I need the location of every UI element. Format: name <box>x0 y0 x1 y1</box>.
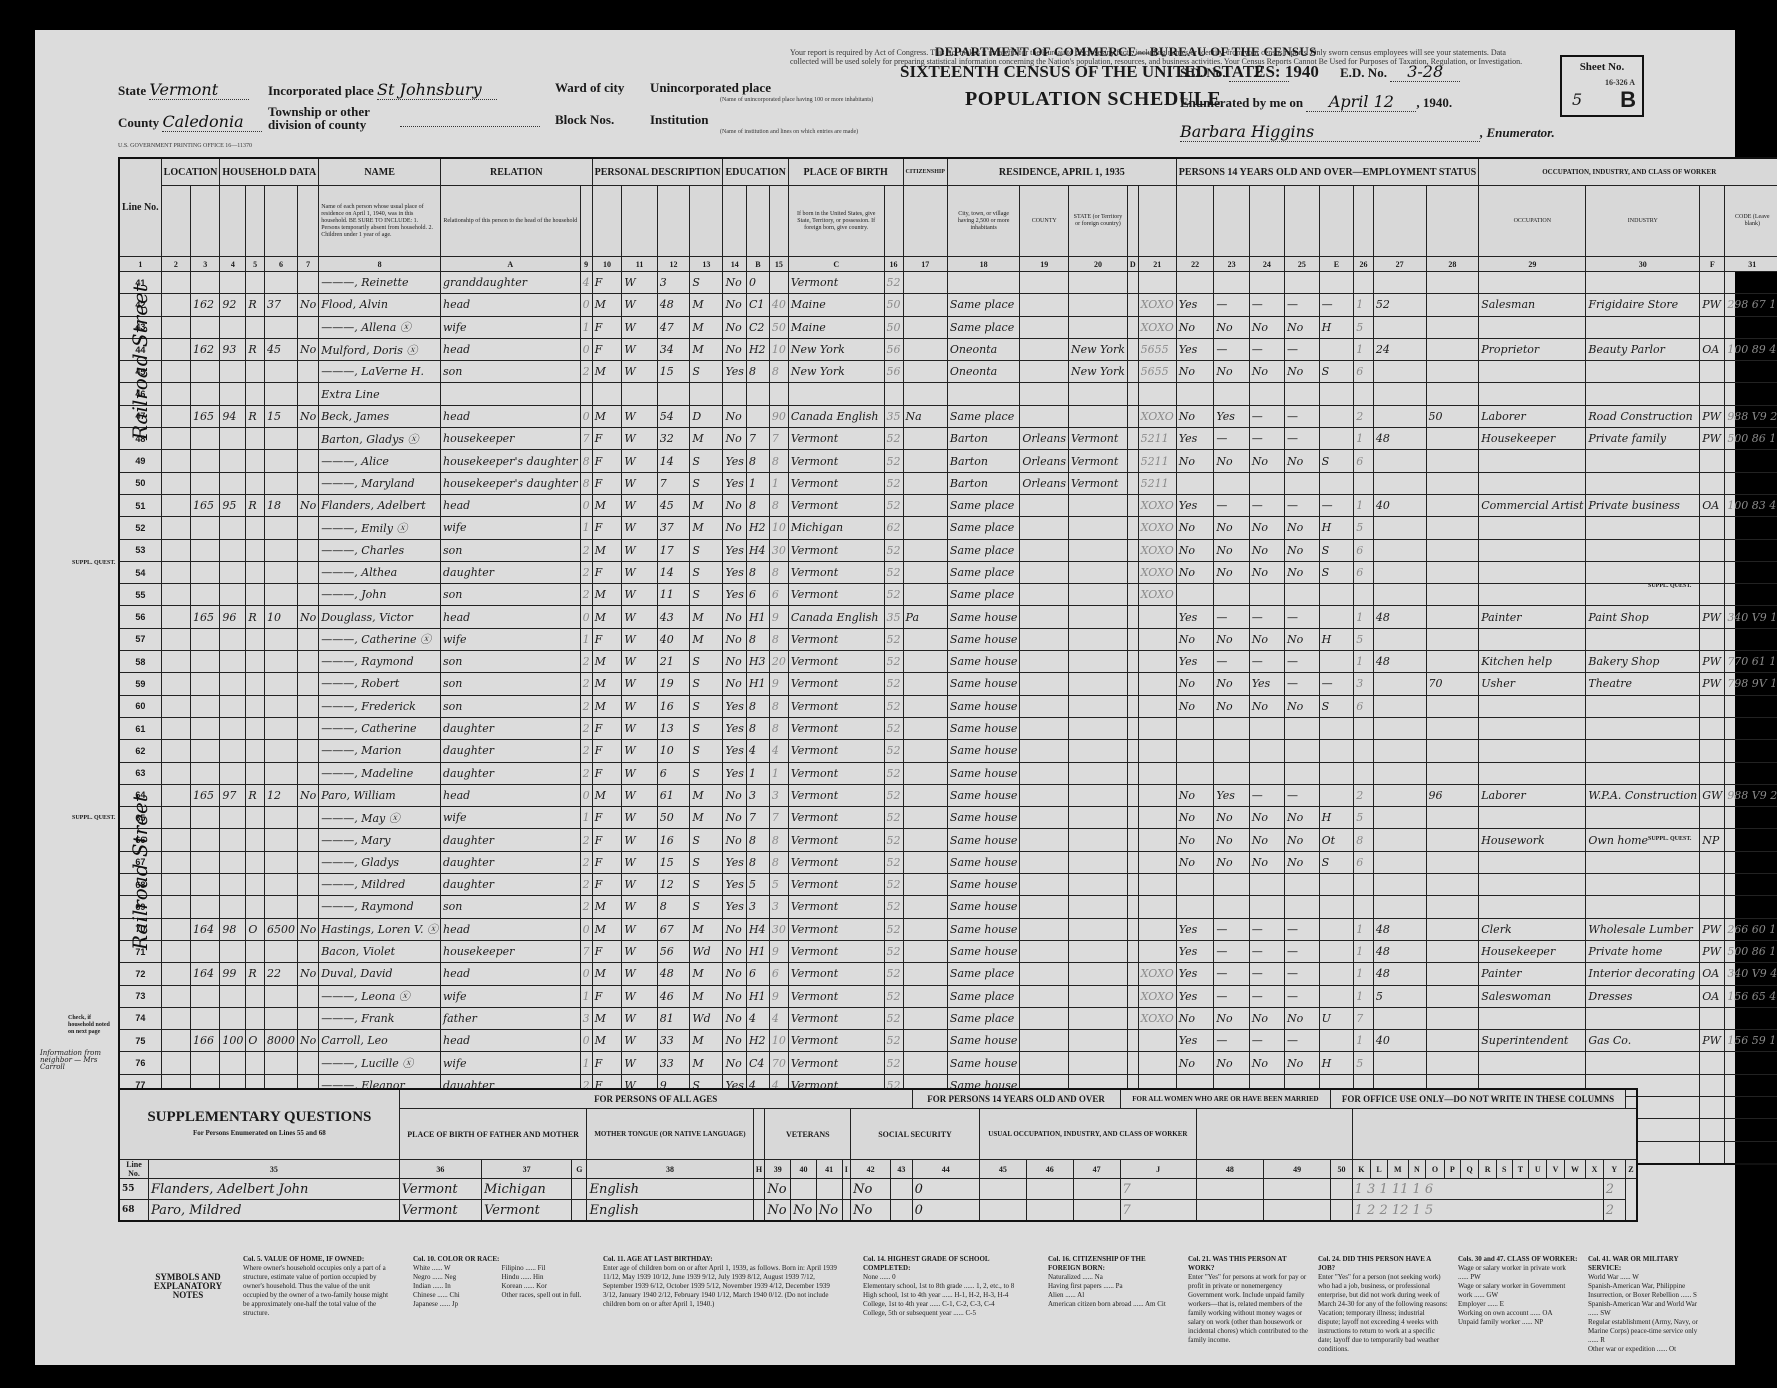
cell-sex: F <box>592 272 622 294</box>
cell-farm: No <box>297 494 318 516</box>
cell-c24: No <box>1285 539 1320 561</box>
cell-c25 <box>1319 338 1354 360</box>
cell-house <box>191 450 220 472</box>
cell-sex: M <box>592 361 622 383</box>
cell-c22: — <box>1214 606 1249 628</box>
table-row: 54———, Altheadaughter2FW14SYes88Vermont5… <box>119 561 1777 583</box>
cell-name: ———, May ⓧ <box>319 807 441 829</box>
cell-c25 <box>1319 784 1354 806</box>
cell-age: 32 <box>657 428 690 450</box>
cell-name: Mulford, Doris ⓧ <box>319 338 441 360</box>
cell-school: Yes <box>723 695 746 717</box>
cell-age: 14 <box>657 561 690 583</box>
cell-tenure <box>246 807 265 829</box>
cell-sex: F <box>592 740 622 762</box>
cell-tenure <box>246 695 265 717</box>
cell-farm <box>297 807 318 829</box>
cell-a: 2 <box>580 740 592 762</box>
res-county-desc: COUNTY <box>1020 186 1069 257</box>
cell-farm35 <box>1127 405 1138 427</box>
cell-hours <box>1373 762 1426 784</box>
cell-class: PW <box>1700 606 1725 628</box>
cell-occupation: Painter <box>1479 963 1586 985</box>
table-row: 7016498O6500NoHastings, Loren V. ⓧhead0M… <box>119 918 1777 940</box>
note-col14-title: Col. 14. HIGHEST GRADE OF SCHOOL COMPLET… <box>863 1255 1038 1273</box>
cell-f <box>1725 450 1777 472</box>
column-number: 5 <box>246 257 265 272</box>
township-blank <box>400 126 540 127</box>
cell-house <box>191 1007 220 1029</box>
cell-c24: — <box>1285 985 1320 1007</box>
cell-farm <box>297 450 318 472</box>
cell-res-county <box>1020 1007 1069 1029</box>
cell-sex: F <box>592 628 622 650</box>
cell-school: No <box>723 963 746 985</box>
cell-sex: F <box>592 717 622 739</box>
cell-res-city: Same house <box>947 673 1019 695</box>
column-number-row: 12345678A91011121314B15C1617181920D21222… <box>119 257 1777 272</box>
cell-c21 <box>1176 717 1214 739</box>
cell-c23: — <box>1249 494 1284 516</box>
cell-a: 1 <box>580 985 592 1007</box>
cell-f <box>1725 361 1777 383</box>
cell-hh <box>220 361 246 383</box>
supp-column-number: 47 <box>1073 1160 1120 1179</box>
cell-marital: S <box>690 673 723 695</box>
table-row: 62———, Mariondaughter2FW10SYes44Vermont5… <box>119 740 1777 762</box>
cell-class <box>1700 896 1725 918</box>
note-list-item: White ...... W <box>413 1264 495 1273</box>
cell-b: 90 <box>769 405 788 427</box>
cell-marital: S <box>690 561 723 583</box>
cell-tenure: R <box>246 963 265 985</box>
cell-c21: Yes <box>1176 428 1214 450</box>
cell-sex: M <box>592 584 622 606</box>
table-row: 45———, LaVerne H.son2MW15SYes88New York5… <box>119 361 1777 383</box>
cell-cit <box>903 472 947 494</box>
cell-farm35 <box>1127 896 1138 918</box>
supp-over-14: FOR PERSONS 14 YEARS OLD AND OVER <box>912 1089 1120 1109</box>
cell-relation: head <box>441 294 581 316</box>
supp-column-number: M <box>1388 1160 1409 1179</box>
cell-house <box>191 740 220 762</box>
cell-farm <box>297 628 318 650</box>
column-number: 26 <box>1354 257 1374 272</box>
cell-birthplace: New York <box>788 361 884 383</box>
table-row: 67———, Gladysdaughter2FW15SYes88Vermont5… <box>119 851 1777 873</box>
cell-industry <box>1586 762 1700 784</box>
supp-all-ages: FOR PERSONS OF ALL AGES <box>399 1089 912 1109</box>
cell-race: W <box>622 784 657 806</box>
cell-tenure: O <box>246 1030 265 1052</box>
supp-column-number: N <box>1408 1160 1426 1179</box>
cell-house <box>191 985 220 1007</box>
cell-farm35 <box>1127 294 1138 316</box>
cell-res-city: Same place <box>947 584 1019 606</box>
cell-occupation: Usher <box>1479 673 1586 695</box>
supp-social-security: SOCIAL SECURITY <box>851 1109 980 1160</box>
cell-c22: — <box>1214 963 1249 985</box>
cell-farm35 <box>1127 918 1138 940</box>
cell-d <box>1138 695 1176 717</box>
cell-age: 6 <box>657 762 690 784</box>
cell-farm <box>297 896 318 918</box>
cell-c23: No <box>1249 807 1284 829</box>
cell-res-state <box>1068 494 1127 516</box>
column-number: 18 <box>947 257 1019 272</box>
cell-c23 <box>1249 584 1284 606</box>
cell-c25 <box>1319 1030 1354 1052</box>
supp-column-number: W <box>1564 1160 1585 1179</box>
cell-weeks-unemp <box>1426 606 1479 628</box>
supp-cell-v40 <box>791 1179 817 1200</box>
cell-street <box>161 762 190 784</box>
cell-c: 52 <box>884 695 903 717</box>
cell-a: 2 <box>580 717 592 739</box>
note-list-item: College, 1st to 4th year ...... C-1, C-2… <box>863 1300 1038 1309</box>
cell-hours <box>1373 829 1426 851</box>
supp-column-number: I <box>842 1160 851 1179</box>
cell-b: 70 <box>769 1052 788 1074</box>
column-number: 28 <box>1426 257 1479 272</box>
cell-f <box>1725 539 1777 561</box>
cell-house <box>191 383 220 405</box>
cell-street <box>161 963 190 985</box>
cell-farm <box>297 673 318 695</box>
cell-d <box>1138 651 1176 673</box>
cell-d: XOXO <box>1138 405 1176 427</box>
cell-cit <box>903 940 947 962</box>
cell-c23: No <box>1249 316 1284 338</box>
cell-birthplace: Vermont <box>788 717 884 739</box>
cell-c23: No <box>1249 361 1284 383</box>
cell-marital: S <box>690 829 723 851</box>
cell-res-state <box>1068 740 1127 762</box>
cell-house: 162 <box>191 338 220 360</box>
cell-weeks-unemp <box>1426 494 1479 516</box>
cell-name: ———, Lucille ⓧ <box>319 1052 441 1074</box>
cell-school: No <box>723 405 746 427</box>
cell-c25: — <box>1319 673 1354 695</box>
cell-grade: 7 <box>746 428 769 450</box>
cell-age: 15 <box>657 361 690 383</box>
cell-c22 <box>1214 896 1249 918</box>
cell-industry <box>1586 450 1700 472</box>
cell-farm35 <box>1127 1030 1138 1052</box>
cell-marital: S <box>690 584 723 606</box>
cell-race: W <box>622 472 657 494</box>
cell-c24 <box>1285 740 1320 762</box>
cell-res-state <box>1068 539 1127 561</box>
cell-hh: 93 <box>220 338 246 360</box>
supp-line-number: 55 <box>119 1179 149 1200</box>
cell-house <box>191 717 220 739</box>
cell-occupation: Painter <box>1479 606 1586 628</box>
cell-c25: U <box>1319 1007 1354 1029</box>
cell-c22: No <box>1214 829 1249 851</box>
supp-column-number: U <box>1529 1160 1547 1179</box>
cell-b: 6 <box>769 584 788 606</box>
cell-grade: 1 <box>746 472 769 494</box>
column-number: 14 <box>723 257 746 272</box>
cell-birthplace: Vermont <box>788 740 884 762</box>
supp-cell-w48 <box>1196 1179 1263 1200</box>
cell-hours <box>1373 717 1426 739</box>
cell-tenure <box>246 740 265 762</box>
cell-res-county <box>1020 338 1069 360</box>
ed-label: E.D. No. <box>1340 65 1387 80</box>
cell-age: 8 <box>657 896 690 918</box>
cell-tenure <box>246 584 265 606</box>
cell-age: 81 <box>657 1007 690 1029</box>
county-label: County <box>118 115 159 130</box>
cell-farm35 <box>1127 494 1138 516</box>
population-schedule-table: Line No. LOCATION HOUSEHOLD DATA NAME RE… <box>118 157 1777 1165</box>
cell-house: 164 <box>191 918 220 940</box>
note-col11-title: Col. 11. AGE AT LAST BIRTHDAY: <box>603 1255 843 1264</box>
cell-c22: No <box>1214 695 1249 717</box>
class-desc <box>1700 186 1725 257</box>
cell-marital: S <box>690 851 723 873</box>
column-number: 29 <box>1479 257 1586 272</box>
supp-cell-office: 1 3 1 11 1 6 <box>1352 1179 1603 1200</box>
cell-weeks-unemp <box>1426 896 1479 918</box>
cell-value <box>264 561 297 583</box>
table-row: 6416597R12NoParo, Williamhead0MW61MNo33V… <box>119 784 1777 806</box>
cell-hours: 48 <box>1373 651 1426 673</box>
cell-street <box>161 494 190 516</box>
cell-c: 56 <box>884 361 903 383</box>
note-list-item: Regular establishment (Army, Navy, or Ma… <box>1588 1318 1708 1345</box>
cell-res-county <box>1020 829 1069 851</box>
cell-d: 5211 <box>1138 450 1176 472</box>
industry-desc: INDUSTRY <box>1586 186 1700 257</box>
cell-c23: No <box>1249 628 1284 650</box>
cell-f: 156 59 1 <box>1725 1030 1777 1052</box>
birthplace-desc: If born in the United States, give State… <box>788 186 884 257</box>
note-list-item: Wage or salary worker in private work ..… <box>1458 1264 1578 1282</box>
cell-b: 7 <box>769 428 788 450</box>
cell-street <box>161 606 190 628</box>
cell-birthplace: Canada English <box>788 606 884 628</box>
cell-age: 46 <box>657 985 690 1007</box>
cell-res-county <box>1020 1030 1069 1052</box>
cell-c22: No <box>1214 361 1249 383</box>
line-no-header: Line No. <box>119 158 161 257</box>
cell-age <box>657 383 690 405</box>
cell-class <box>1700 740 1725 762</box>
column-number: 1 <box>119 257 161 272</box>
cell-e: 6 <box>1354 361 1374 383</box>
farm35-desc <box>1127 186 1138 257</box>
cell-c: 52 <box>884 628 903 650</box>
supp-cell-v41: No <box>816 1200 842 1222</box>
cell-grade: 8 <box>746 829 769 851</box>
cell-hh <box>220 628 246 650</box>
table-row: 46Extra Line <box>119 383 1777 405</box>
cell-hours <box>1373 539 1426 561</box>
cell-a: 1 <box>580 807 592 829</box>
cell-c22: Yes <box>1214 784 1249 806</box>
location-group: LOCATION <box>161 158 220 186</box>
cell-res-county <box>1020 361 1069 383</box>
column-number: 12 <box>657 257 690 272</box>
cell-race: W <box>622 896 657 918</box>
cell-c21: Yes <box>1176 494 1214 516</box>
cell-farm35 <box>1127 338 1138 360</box>
cell-hours <box>1373 874 1426 896</box>
cell-a: 2 <box>580 584 592 606</box>
ed-value: 3-28 <box>1390 62 1460 82</box>
cell-grade: 6 <box>746 963 769 985</box>
cell-res-county <box>1020 316 1069 338</box>
cell-occupation <box>1479 851 1586 873</box>
supp-cell-w49 <box>1264 1200 1331 1222</box>
table-row: 66———, Marydaughter2FW16SNo88Vermont52Sa… <box>119 829 1777 851</box>
cell-name: ———, Frederick <box>319 695 441 717</box>
table-row: 73———, Leona ⓧwife1FW46MNoH19Vermont52Sa… <box>119 985 1777 1007</box>
cell-relation: daughter <box>441 874 581 896</box>
cell-farm <box>297 851 318 873</box>
cell-c21: No <box>1176 517 1214 539</box>
cell-occupation <box>1479 807 1586 829</box>
cell-f: 988 V9 2 <box>1725 405 1777 427</box>
cell-cit <box>903 584 947 606</box>
cell-c24: No <box>1285 851 1320 873</box>
cell-tenure <box>246 383 265 405</box>
supp-cell-v40: No <box>791 1200 817 1222</box>
supp-column-number: Y <box>1603 1160 1625 1179</box>
cell-sex: F <box>592 450 622 472</box>
cell-occupation <box>1479 383 1586 405</box>
cell-occupation <box>1479 517 1586 539</box>
col22-desc <box>1214 186 1249 257</box>
cell-weeks-unemp <box>1426 1052 1479 1074</box>
column-number: 9 <box>580 257 592 272</box>
cell-b: 8 <box>769 717 788 739</box>
cell-name: ———, John <box>319 584 441 606</box>
cell-e: 5 <box>1354 807 1374 829</box>
cell-age: 43 <box>657 606 690 628</box>
cell-tenure <box>246 472 265 494</box>
cell-value <box>264 807 297 829</box>
cell-res-county <box>1020 294 1069 316</box>
cell-class: OA <box>1700 338 1725 360</box>
cell-res-county <box>1020 628 1069 650</box>
cell-res-county <box>1020 695 1069 717</box>
cell-c25 <box>1319 963 1354 985</box>
cell-f <box>1725 383 1777 405</box>
supp-cell-office: 1 2 2 12 1 5 <box>1352 1200 1603 1222</box>
cell-race: W <box>622 874 657 896</box>
cell-occupation: Clerk <box>1479 918 1586 940</box>
table-row: 52———, Emily ⓧwife1FW37MNoH210Michigan62… <box>119 517 1777 539</box>
enumerated-date: April 12 <box>1306 92 1416 112</box>
cell-e: 5 <box>1354 316 1374 338</box>
cell-industry <box>1586 1007 1700 1029</box>
note-list-item: College, 5th or subsequent year ...... C… <box>863 1309 1038 1318</box>
cell-house <box>191 940 220 962</box>
note-col30-title: Cols. 30 and 47. CLASS OF WORKER: <box>1458 1255 1578 1264</box>
cell-name: ———, Reinette <box>319 272 441 294</box>
cell-res-city: Same place <box>947 1007 1019 1029</box>
cell-d <box>1138 851 1176 873</box>
note-list-item: Other war or expedition ...... Ot <box>1588 1345 1708 1354</box>
cell-value: 37 <box>264 294 297 316</box>
cell-d <box>1138 606 1176 628</box>
cell-school: Yes <box>723 740 746 762</box>
cell-class <box>1700 517 1725 539</box>
cell-cit <box>903 494 947 516</box>
supp-cell-cls <box>1073 1179 1120 1200</box>
cell-farm <box>297 561 318 583</box>
cell-class: PW <box>1700 673 1725 695</box>
cell-b <box>769 383 788 405</box>
cell-marital: S <box>690 695 723 717</box>
code-f-desc: CODE (Leave blank) <box>1725 186 1777 257</box>
supp-cell-x: 2 <box>1603 1200 1625 1222</box>
supp-birthplace-parents: PLACE OF BIRTH OF FATHER AND MOTHER <box>399 1109 587 1160</box>
cell-res-city: Same house <box>947 874 1019 896</box>
note-list-item: Other races, spell out in full. <box>502 1291 584 1300</box>
cell-e <box>1354 740 1374 762</box>
cell-name: ———, Raymond <box>319 651 441 673</box>
cell-c22: No <box>1214 316 1249 338</box>
cell-c: 52 <box>884 896 903 918</box>
cell-c22: — <box>1214 428 1249 450</box>
cell-b: 5 <box>769 874 788 896</box>
cell-hours: 5 <box>1373 985 1426 1007</box>
cell-value <box>264 361 297 383</box>
department-title: DEPARTMENT OF COMMERCE—BUREAU OF THE CEN… <box>935 44 1317 60</box>
cell-res-state <box>1068 606 1127 628</box>
cell-farm35 <box>1127 606 1138 628</box>
cell-street <box>161 918 190 940</box>
column-number: B <box>746 257 769 272</box>
cell-res-state <box>1068 940 1127 962</box>
cell-farm <box>297 584 318 606</box>
cell-c25 <box>1319 428 1354 450</box>
cell-farm35 <box>1127 539 1138 561</box>
code-a-desc <box>580 186 592 257</box>
cell-c: 52 <box>884 851 903 873</box>
supp-cell-w49 <box>1264 1179 1331 1200</box>
cell-e: 8 <box>1354 829 1374 851</box>
supp-cell-ind <box>1026 1179 1073 1200</box>
cell-farm <box>297 829 318 851</box>
household-group: HOUSEHOLD DATA <box>220 158 319 186</box>
column-number: 13 <box>690 257 723 272</box>
cell-c23: — <box>1249 784 1284 806</box>
cell-farm35 <box>1127 784 1138 806</box>
cell-class <box>1700 1141 1725 1164</box>
cell-weeks-unemp <box>1426 1007 1479 1029</box>
cell-name: Extra Line <box>319 383 441 405</box>
supp-cell-occ <box>979 1200 1026 1222</box>
cell-farm: No <box>297 405 318 427</box>
state-field: State Vermont <box>118 80 249 100</box>
note-list-item: Employer ...... E <box>1458 1300 1578 1309</box>
cell-house <box>191 428 220 450</box>
cell-res-state <box>1068 963 1127 985</box>
cell-d <box>1138 1052 1176 1074</box>
education-group: EDUCATION <box>723 158 788 186</box>
cell-street <box>161 940 190 962</box>
cell-weeks-unemp <box>1426 294 1479 316</box>
cell-hh <box>220 717 246 739</box>
cell-c25 <box>1319 651 1354 673</box>
enumerated-date-field: Enumerated by me on April 12, 1940. <box>1180 92 1452 112</box>
